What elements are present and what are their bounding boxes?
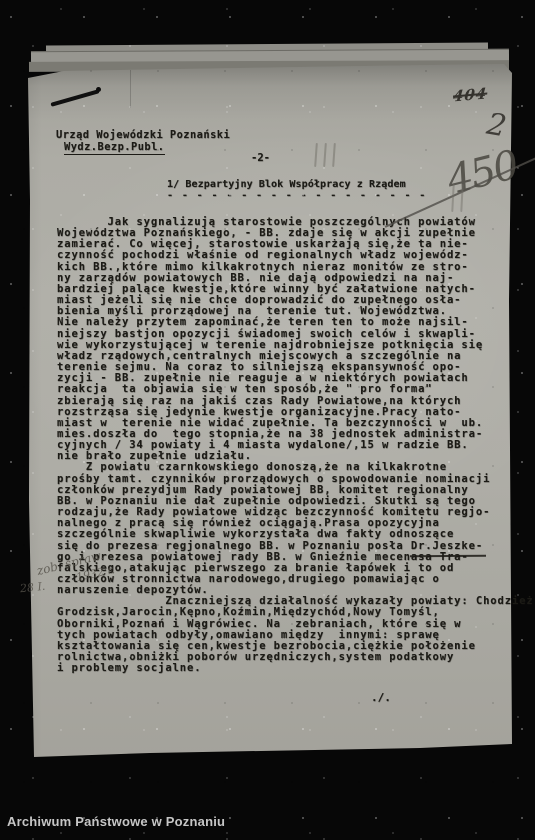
crossed-number-annotation: 404 (452, 84, 488, 105)
paper-crease (130, 70, 131, 108)
sender-dept-line: Wydz.Bezp.Publ. (64, 141, 165, 155)
pencil-stroke-marks (452, 184, 463, 212)
ink-stroke-mark (50, 86, 104, 108)
section-heading: 1/ Bezpartyjny Blok Współpracy z Rządem (167, 179, 406, 190)
margin-note-line3: 28 I. (19, 580, 46, 596)
document-body-text: Jak sygnalizują starostowie poszczególny… (57, 217, 535, 674)
archive-watermark: Archiwum Państwowe w Poznaniu (7, 814, 225, 829)
page-number: -2- (251, 152, 270, 164)
sender-org-line: Urząd Wojewódzki Poznański (56, 129, 230, 141)
heading-underline: - - - - - - - - - - - - - - - - - - (167, 190, 427, 201)
document-scan: Urząd Wojewódzki Poznański Wydz.Bezp.Pub… (0, 0, 535, 840)
end-of-page-mark: ./. (371, 691, 391, 704)
pencil-stroke-marks (315, 143, 335, 167)
